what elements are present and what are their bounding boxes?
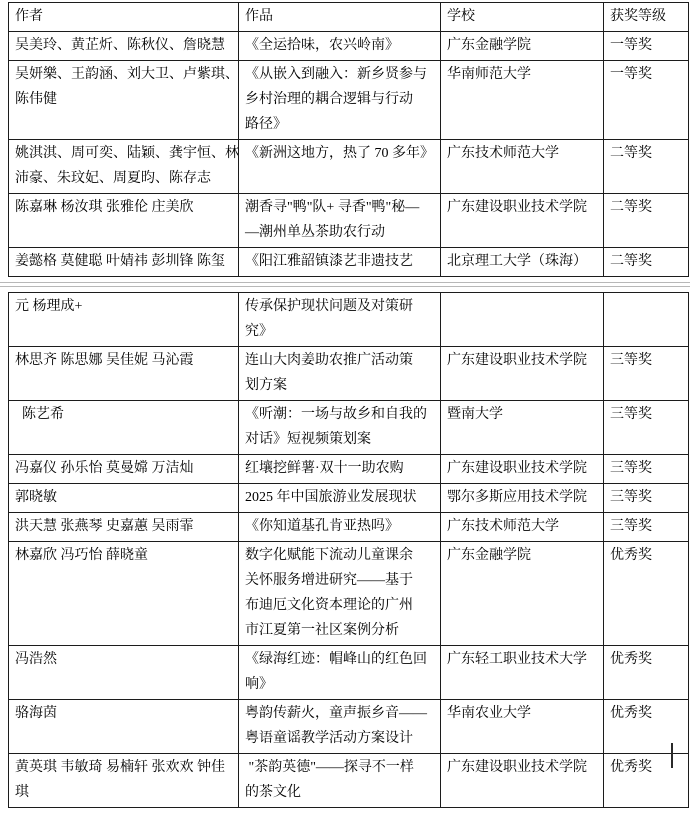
author-cell[interactable]: 冯浩然: [9, 646, 239, 700]
table-row: 冯浩然《绿海红迹：帽峰山的红色回 响》广东轻工职业技术大学优秀奖: [9, 646, 689, 700]
table-row: 姚淇淇、周可奕、陆颖、龚宇恒、林 沛豪、朱玟妃、周夏昀、陈存志《新洲这地方，热了…: [9, 140, 689, 194]
award-cell[interactable]: 一等奖: [604, 61, 689, 140]
awards-table-part1: 作者作品学校获奖等级 吴美玲、黄芷炘、陈秋仪、詹晓慧《全运拾味，农兴岭南》广东金…: [8, 2, 689, 277]
awards-table-part2: 元 杨理成+传承保护现状问题及对策研 究》林思齐 陈思娜 吴佳妮 马沁霞连山大肉…: [8, 292, 689, 808]
work-cell[interactable]: 《你知道基孔肯亚热吗》: [239, 513, 441, 542]
school-cell[interactable]: 广东建设职业技术学院: [441, 347, 604, 401]
author-cell[interactable]: 元 杨理成+: [9, 293, 239, 347]
document-page: 作者作品学校获奖等级 吴美玲、黄芷炘、陈秋仪、詹晓慧《全运拾味，农兴岭南》广东金…: [0, 0, 690, 814]
work-cell[interactable]: 《全运拾味，农兴岭南》: [239, 32, 441, 61]
column-header-award[interactable]: 获奖等级: [604, 3, 689, 32]
page-break-line: [0, 282, 690, 287]
table-row: 林嘉欣 冯巧怡 薛晓童数字化赋能下流动儿童课余 关怀服务增进研究——基于 布迪厄…: [9, 542, 689, 646]
school-cell[interactable]: 广东技术师范大学: [441, 513, 604, 542]
author-cell[interactable]: 姜懿格 莫健聪 叶婧祎 彭圳锋 陈玺: [9, 248, 239, 277]
school-cell[interactable]: 广东建设职业技术学院: [441, 455, 604, 484]
table-row: 陈艺希《听潮：一场与故乡和自我的 对话》短视频策划案暨南大学三等奖: [9, 401, 689, 455]
text-caret: [671, 743, 673, 768]
work-cell[interactable]: 红壤挖鲜薯·双十一助农购: [239, 455, 441, 484]
work-cell[interactable]: 数字化赋能下流动儿童课余 关怀服务增进研究——基于 布迪厄文化资本理论的广州 市…: [239, 542, 441, 646]
school-cell[interactable]: 北京理工大学（珠海）: [441, 248, 604, 277]
award-cell[interactable]: 二等奖: [604, 194, 689, 248]
author-cell[interactable]: 吴美玲、黄芷炘、陈秋仪、詹晓慧: [9, 32, 239, 61]
author-cell[interactable]: 吴妍樂、王韵涵、刘大卫、卢紫琪、 陈伟健: [9, 61, 239, 140]
table-row: 林思齐 陈思娜 吴佳妮 马沁霞连山大肉姜助农推广活动策 划方案广东建设职业技术学…: [9, 347, 689, 401]
award-cell[interactable]: 优秀奖: [604, 754, 689, 808]
work-cell[interactable]: 《从嵌入到融入：新乡贤参与 乡村治理的耦合逻辑与行动 路径》: [239, 61, 441, 140]
column-header-author[interactable]: 作者: [9, 3, 239, 32]
table-row: 姜懿格 莫健聪 叶婧祎 彭圳锋 陈玺《阳江雅韶镇漆艺非遗技艺北京理工大学（珠海）…: [9, 248, 689, 277]
table-header-row: 作者作品学校获奖等级: [9, 3, 689, 32]
author-cell[interactable]: 冯嘉仪 孙乐怡 莫曼嫦 万洁灿: [9, 455, 239, 484]
table-row: 洪天慧 张燕琴 史嘉蕙 吴雨霏《你知道基孔肯亚热吗》广东技术师范大学三等奖: [9, 513, 689, 542]
award-cell[interactable]: 三等奖: [604, 455, 689, 484]
table-row: 冯嘉仪 孙乐怡 莫曼嫦 万洁灿红壤挖鲜薯·双十一助农购广东建设职业技术学院三等奖: [9, 455, 689, 484]
work-cell[interactable]: 连山大肉姜助农推广活动策 划方案: [239, 347, 441, 401]
school-cell[interactable]: 广东金融学院: [441, 32, 604, 61]
author-cell[interactable]: 洪天慧 张燕琴 史嘉蕙 吴雨霏: [9, 513, 239, 542]
work-cell[interactable]: "茶韵英德"——探寻不一样 的茶文化: [239, 754, 441, 808]
work-cell[interactable]: 《听潮：一场与故乡和自我的 对话》短视频策划案: [239, 401, 441, 455]
table-row: 作者作品学校获奖等级: [9, 3, 689, 32]
school-cell[interactable]: 广东建设职业技术学院: [441, 754, 604, 808]
table-row: 郭晓敏2025 年中国旅游业发展现状鄂尔多斯应用技术学院三等奖: [9, 484, 689, 513]
table-row: 吴美玲、黄芷炘、陈秋仪、詹晓慧《全运拾味，农兴岭南》广东金融学院一等奖: [9, 32, 689, 61]
author-cell[interactable]: 林思齐 陈思娜 吴佳妮 马沁霞: [9, 347, 239, 401]
table-row: 骆海茵粤韵传薪火，童声振乡音—— 粤语童谣教学活动方案设计华南农业大学优秀奖: [9, 700, 689, 754]
award-cell[interactable]: 优秀奖: [604, 646, 689, 700]
work-cell[interactable]: 《新洲这地方，热了 70 多年》: [239, 140, 441, 194]
school-cell[interactable]: 广东轻工职业技术大学: [441, 646, 604, 700]
author-cell[interactable]: 姚淇淇、周可奕、陆颖、龚宇恒、林 沛豪、朱玟妃、周夏昀、陈存志: [9, 140, 239, 194]
work-cell[interactable]: 《绿海红迹：帽峰山的红色回 响》: [239, 646, 441, 700]
award-cell[interactable]: 三等奖: [604, 513, 689, 542]
author-cell[interactable]: 骆海茵: [9, 700, 239, 754]
award-cell[interactable]: [604, 293, 689, 347]
table-row: 元 杨理成+传承保护现状问题及对策研 究》: [9, 293, 689, 347]
table-row: 陈嘉琳 杨汝琪 张雅伦 庄美欣潮香寻"鸭"队+ 寻香"鸭"秘— —潮州单丛茶助农…: [9, 194, 689, 248]
author-cell[interactable]: 陈嘉琳 杨汝琪 张雅伦 庄美欣: [9, 194, 239, 248]
award-cell[interactable]: 三等奖: [604, 347, 689, 401]
work-cell[interactable]: 2025 年中国旅游业发展现状: [239, 484, 441, 513]
work-cell[interactable]: 传承保护现状问题及对策研 究》: [239, 293, 441, 347]
work-cell[interactable]: 粤韵传薪火，童声振乡音—— 粤语童谣教学活动方案设计: [239, 700, 441, 754]
award-cell[interactable]: 三等奖: [604, 401, 689, 455]
author-cell[interactable]: 黄英琪 韦敏琦 易楠轩 张欢欢 钟佳 琪: [9, 754, 239, 808]
author-cell[interactable]: 郭晓敏: [9, 484, 239, 513]
work-cell[interactable]: 《阳江雅韶镇漆艺非遗技艺: [239, 248, 441, 277]
award-cell[interactable]: 一等奖: [604, 32, 689, 61]
school-cell[interactable]: 华南师范大学: [441, 61, 604, 140]
column-header-work[interactable]: 作品: [239, 3, 441, 32]
award-cell[interactable]: 优秀奖: [604, 542, 689, 646]
school-cell[interactable]: 广东金融学院: [441, 542, 604, 646]
column-header-school[interactable]: 学校: [441, 3, 604, 32]
table-row: 吴妍樂、王韵涵、刘大卫、卢紫琪、 陈伟健《从嵌入到融入：新乡贤参与 乡村治理的耦…: [9, 61, 689, 140]
author-cell[interactable]: 林嘉欣 冯巧怡 薛晓童: [9, 542, 239, 646]
school-cell[interactable]: 鄂尔多斯应用技术学院: [441, 484, 604, 513]
school-cell[interactable]: 广东技术师范大学: [441, 140, 604, 194]
school-cell[interactable]: 暨南大学: [441, 401, 604, 455]
school-cell[interactable]: [441, 293, 604, 347]
work-cell[interactable]: 潮香寻"鸭"队+ 寻香"鸭"秘— —潮州单丛茶助农行动: [239, 194, 441, 248]
table-row: 黄英琪 韦敏琦 易楠轩 张欢欢 钟佳 琪 "茶韵英德"——探寻不一样 的茶文化广…: [9, 754, 689, 808]
school-cell[interactable]: 广东建设职业技术学院: [441, 194, 604, 248]
award-cell[interactable]: 二等奖: [604, 140, 689, 194]
school-cell[interactable]: 华南农业大学: [441, 700, 604, 754]
award-cell[interactable]: 优秀奖: [604, 700, 689, 754]
author-cell[interactable]: 陈艺希: [9, 401, 239, 455]
award-cell[interactable]: 三等奖: [604, 484, 689, 513]
award-cell[interactable]: 二等奖: [604, 248, 689, 277]
